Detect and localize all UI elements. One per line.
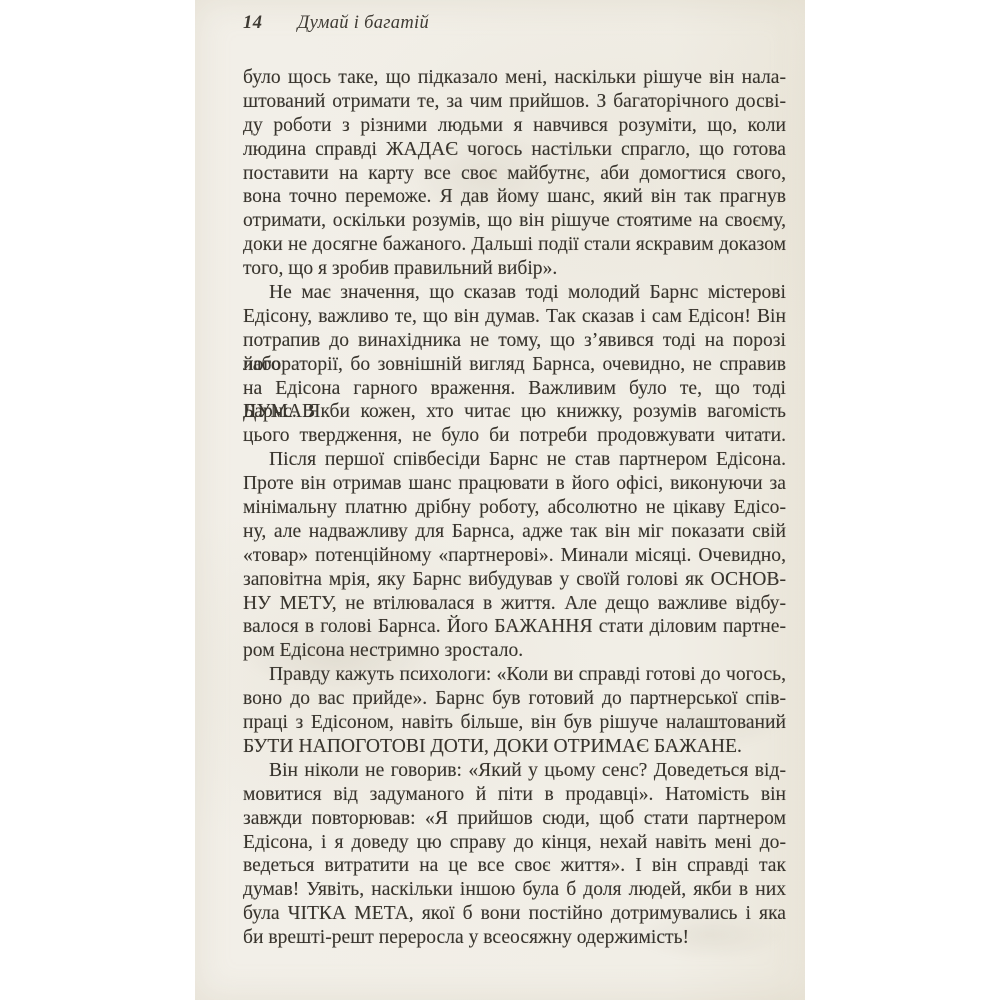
text-line: була ЧІТКА МЕТА, якої б вони постійно до…	[243, 902, 786, 926]
text-line: штований отримати те, за чим прийшов. З …	[243, 90, 786, 114]
paragraph: Він ніколи не говорив: «Який у цьому сен…	[243, 759, 786, 950]
text-line: було щось таке, що підказало мені, наскі…	[243, 66, 786, 90]
text-line: Барнс. Якби кожен, хто читає цю книжку, …	[243, 400, 786, 424]
paragraph: Не має значення, що сказав тоді молодий …	[243, 281, 786, 448]
page-number: 14	[243, 10, 263, 36]
text-line: отримати, оскільки розумів, що він рішуч…	[243, 209, 786, 233]
text-line: на Едісона гарного враження. Важливим бу…	[243, 377, 786, 401]
text-line: доки не досягне бажаного. Дальші події с…	[243, 233, 786, 257]
text-line: мовитися від задуманого й піти в продавц…	[243, 783, 786, 807]
text-line: ду роботи з різними людьми я навчився ро…	[243, 114, 786, 138]
text-line: потрапив до винахідника не тому, що з’яв…	[243, 329, 786, 353]
text-line: ну, але надважливу для Барнса, адже так …	[243, 520, 786, 544]
text-line: би врешті-решт переросла у всеосяжну оде…	[243, 926, 786, 950]
text-line: Після першої співбесіди Барнс не став па…	[243, 448, 786, 472]
text-line: цього твердження, не було би потреби про…	[243, 424, 786, 448]
text-line: праці з Едісоном, навіть більше, він був…	[243, 711, 786, 735]
text-line: «товар» потенційному «партнерові». Минал…	[243, 544, 786, 568]
text-line: ром Едісона нестримно зростало.	[243, 639, 786, 663]
page-header: 14Думай і багатій	[243, 10, 786, 36]
text-line: поставити на карту все своє майбутнє, аб…	[243, 162, 786, 186]
page-scan: 14Думай і багатій було щось таке, що під…	[195, 0, 805, 1000]
text-line: валося в голові Барнса. Його БАЖАННЯ ста…	[243, 615, 786, 639]
text-line: завжди повторював: «Я прийшов сюди, щоб …	[243, 807, 786, 831]
text-line: Едісона, і я доведу цю справу до кінця, …	[243, 831, 786, 855]
text-line: НУ МЕТУ, не втілювалася в життя. Але дещ…	[243, 592, 786, 616]
text-line: заповітна мрія, яку Барнс вибудував у св…	[243, 568, 786, 592]
text-line: того, що я зробив правильний вибір».	[243, 257, 786, 281]
text-line: Не має значення, що сказав тоді молодий …	[243, 281, 786, 305]
text-line: вона точно переможе. Я дав йому шанс, як…	[243, 185, 786, 209]
text-line: думав! Уявіть, наскільки іншою була б до…	[243, 878, 786, 902]
text-line: лабораторії, бо зовнішній вигляд Барнса,…	[243, 353, 786, 377]
book-page-scan-view: 14Думай і багатій було щось таке, що під…	[0, 0, 1000, 1000]
paragraph: Після першої співбесіди Барнс не став па…	[243, 448, 786, 663]
text-line: Він ніколи не говорив: «Який у цьому сен…	[243, 759, 786, 783]
paragraph: Правду кажуть психологи: «Коли ви справд…	[243, 663, 786, 759]
paragraph: було щось таке, що підказало мені, наскі…	[243, 66, 786, 281]
text-line: людина справді ЖАДАЄ чогось настільки сп…	[243, 138, 786, 162]
text-line: Правду кажуть психологи: «Коли ви справд…	[243, 663, 786, 687]
text-line: Проте він отримав шанс працювати в його …	[243, 472, 786, 496]
text-line: Едісону, важливо те, що він думав. Так с…	[243, 305, 786, 329]
text-line: БУТИ НАПОГОТОВІ ДОТИ, ДОКИ ОТРИМАЄ БАЖАН…	[243, 735, 786, 759]
body-text: було щось таке, що підказало мені, наскі…	[243, 66, 786, 950]
running-title: Думай і багатій	[298, 10, 430, 36]
text-line: воно до вас прийде». Барнс був готовий д…	[243, 687, 786, 711]
text-line: ведеться витратити на це все своє життя»…	[243, 854, 786, 878]
text-line: мінімальну платню дрібну роботу, абсолют…	[243, 496, 786, 520]
